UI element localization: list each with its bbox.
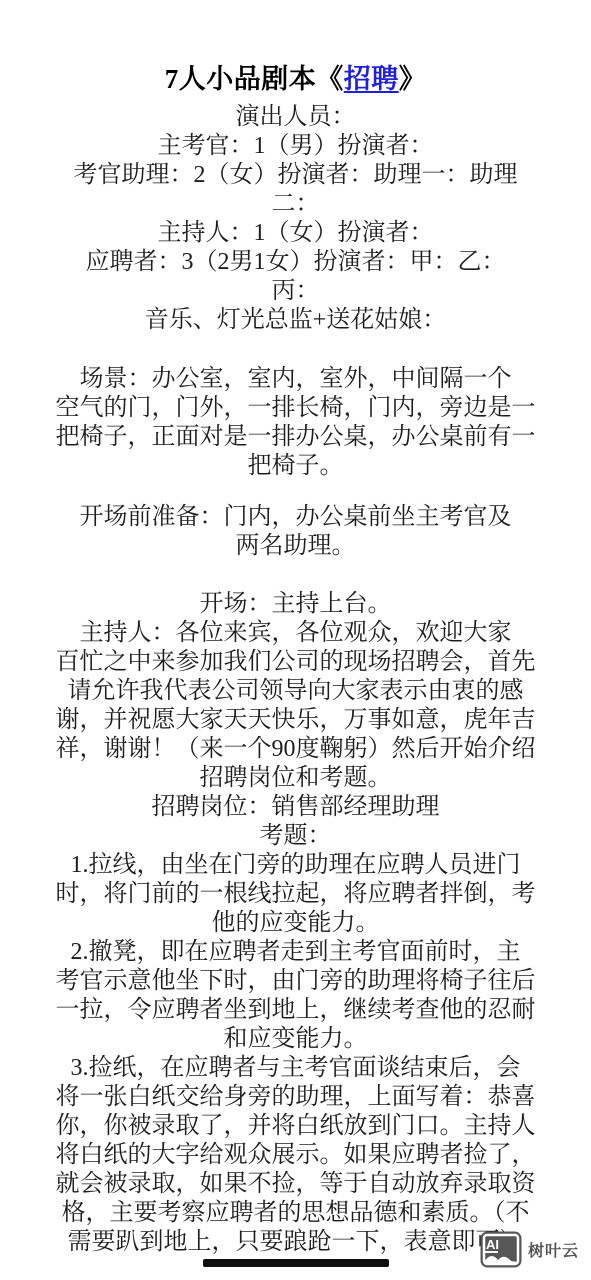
script-line: 1.拉线，由坐在门旁的助理在应聘人员进门 — [0, 851, 591, 880]
script-line: 格，主要考察应聘者的思想品德和素质。（不 — [0, 1199, 591, 1228]
script-line: 一拉，令应聘者坐到地上，继续考查他的忍耐 — [0, 996, 591, 1025]
title-prefix: 7人小品剧本《 — [165, 64, 344, 94]
svg-text:AI: AI — [486, 1237, 499, 1252]
title-link[interactable]: 招聘 — [344, 64, 399, 94]
section-scene: 场景：办公室，室内，室外，中间隔一个空气的门，门外，一排长椅，门内，旁边是一把椅… — [0, 365, 591, 481]
section-opening: 开场：主持上台。主持人：各位来宾，各位观众，欢迎大家百忙之中来参加我们公司的现场… — [0, 590, 591, 1257]
script-line: 考官示意他坐下时，由门旁的助理将椅子往后 — [0, 967, 591, 996]
script-line: 应聘者：3（2男1女）扮演者：甲：乙： — [0, 248, 591, 277]
script-line: 和应变能力。 — [0, 1025, 591, 1054]
script-line: 他的应变能力。 — [0, 909, 591, 938]
section-divider — [203, 1259, 389, 1267]
script-line: 开场前准备：门内，办公桌前坐主考官及 — [0, 503, 591, 532]
script-line: 将白纸的大字给观众展示。如果应聘者捡了， — [0, 1141, 591, 1170]
script-line: 二： — [0, 190, 591, 219]
page-title: 7人小品剧本《招聘》 — [0, 0, 591, 98]
script-line: 考题： — [0, 822, 591, 851]
script-line: 开场：主持上台。 — [0, 590, 591, 619]
script-line: 将一张白纸交给身旁的助理，上面写着：恭喜 — [0, 1083, 591, 1112]
script-line: 空气的门，门外，一排长椅，门内，旁边是一 — [0, 394, 591, 423]
script-line: 丙： — [0, 277, 591, 306]
script-line: 你，你被录取了，并将白纸放到门口。主持人 — [0, 1112, 591, 1141]
script-line: 请允许我代表公司领导向大家表示由衷的感 — [0, 677, 591, 706]
script-line: 场景：办公室，室内，室外，中间隔一个 — [0, 365, 591, 394]
document-page: 7人小品剧本《招聘》 演出人员：主考官：1（男）扮演者：考官助理：2（女）扮演者… — [0, 0, 591, 1280]
script-line: 主持人：各位来宾，各位观众，欢迎大家 — [0, 619, 591, 648]
script-line: 百忙之中来参加我们公司的现场招聘会，首先 — [0, 648, 591, 677]
title-suffix: 》 — [399, 64, 427, 94]
script-line: 主持人：1（女）扮演者： — [0, 219, 591, 248]
script-line: 主考官：1（男）扮演者： — [0, 132, 591, 161]
script-line: 谢，并祝愿大家天天快乐，万事如意，虎年吉 — [0, 706, 591, 735]
watermark: AI 树叶云 — [480, 1231, 579, 1268]
script-line: 就会被录取，如果不捡，等于自动放弃录取资 — [0, 1170, 591, 1199]
script-line: 演出人员： — [0, 103, 591, 132]
script-line: 时，将门前的一根线拉起，将应聘者拌倒，考 — [0, 880, 591, 909]
script-line: 招聘岗位：销售部经理助理 — [0, 793, 591, 822]
script-line: 考官助理：2（女）扮演者：助理一：助理 — [0, 161, 591, 190]
script-line: 两名助理。 — [0, 532, 591, 561]
watermark-brand: 树叶云 — [528, 1238, 579, 1261]
script-line: 祥，谢谢！（来一个90度鞠躬）然后开始介绍 — [0, 735, 591, 764]
ai-image-icon: AI — [480, 1231, 522, 1268]
script-line: 把椅子，正面对是一排办公桌，办公桌前有一 — [0, 423, 591, 452]
script-body: 演出人员：主考官：1（男）扮演者：考官助理：2（女）扮演者：助理一：助理二：主持… — [0, 103, 591, 1257]
script-line: 音乐、灯光总监+送花姑娘： — [0, 306, 591, 335]
script-line: 把椅子。 — [0, 452, 591, 481]
section-preparation: 开场前准备：门内，办公桌前坐主考官及两名助理。 — [0, 503, 591, 561]
script-line: 3.捡纸，在应聘者与主考官面谈结束后，会 — [0, 1054, 591, 1083]
section-cast: 演出人员：主考官：1（男）扮演者：考官助理：2（女）扮演者：助理一：助理二：主持… — [0, 103, 591, 335]
script-line: 招聘岗位和考题。 — [0, 764, 591, 793]
script-line: 2.撤凳，即在应聘者走到主考官面前时，主 — [0, 938, 591, 967]
